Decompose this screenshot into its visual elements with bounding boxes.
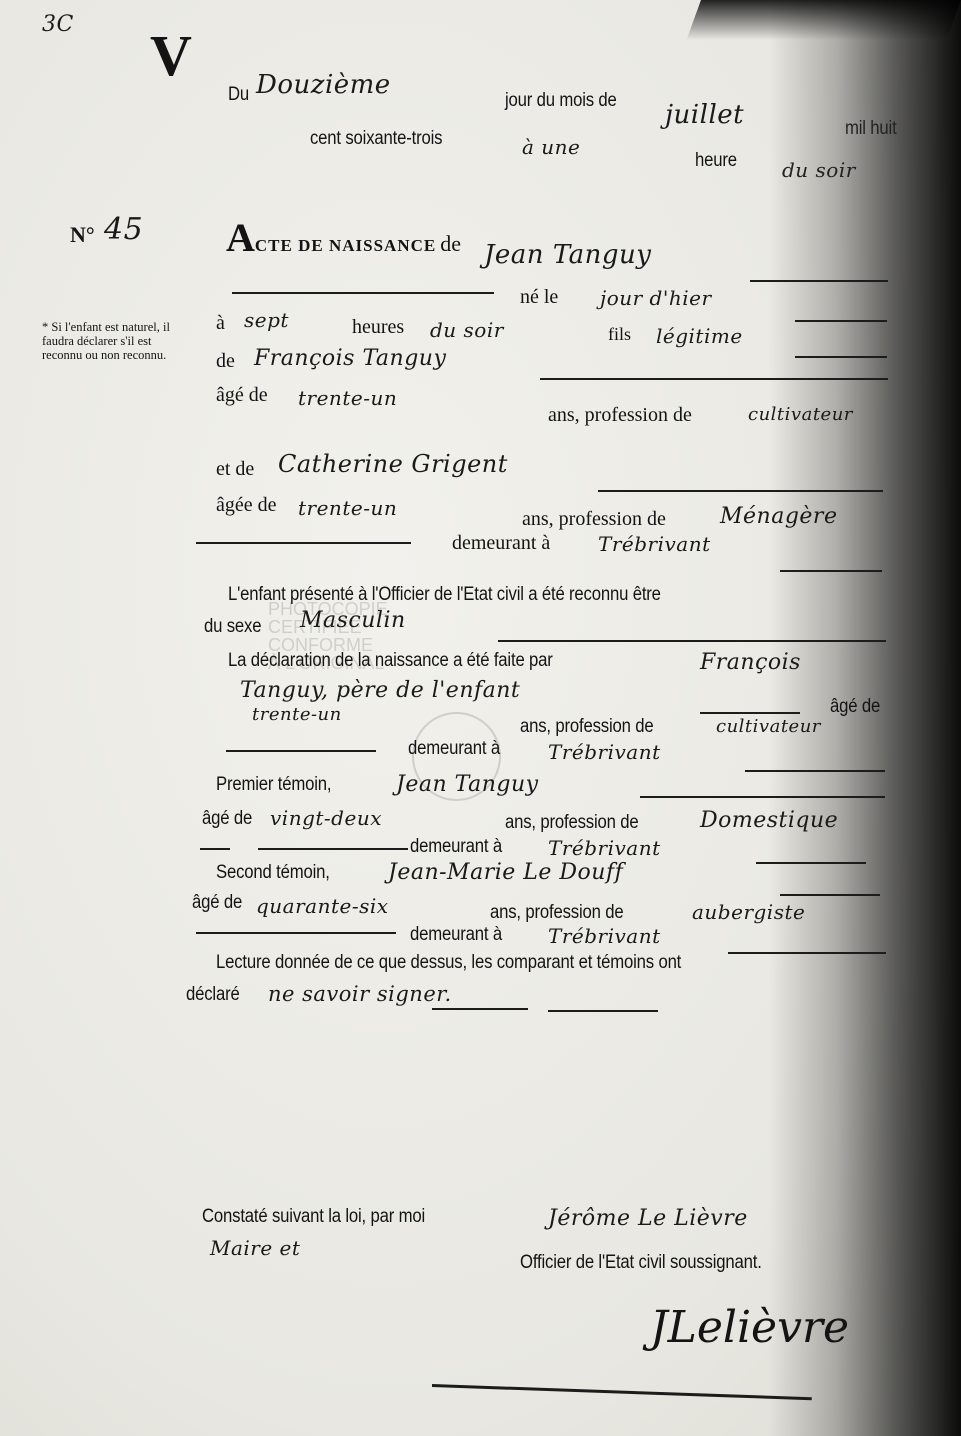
rule: [196, 542, 411, 544]
rule: [795, 356, 887, 358]
witness2-residence-label: demeurant à: [410, 924, 502, 946]
record-number-label: N°: [70, 222, 95, 248]
mother-age-label: âgée de: [216, 494, 277, 517]
witness1-profession: Domestique: [700, 808, 838, 833]
declarant-age-value: trente-un: [252, 704, 342, 725]
father-name: François Tanguy: [254, 346, 446, 371]
act-title-text: CTE DE NAISSANCE: [255, 236, 436, 255]
margin-note: * Si l'enfant est naturel, il faudra déc…: [42, 320, 192, 362]
rule: [432, 1008, 528, 1010]
act-title: ACTE DE NAISSANCE de: [226, 214, 461, 261]
declarant-name-1: François: [700, 650, 801, 675]
witness2-residence: Trébrivant: [548, 924, 661, 948]
closing-officer-line: Officier de l'Etat civil soussignant.: [520, 1252, 762, 1274]
rule: [598, 490, 883, 492]
hour-prefix: à: [216, 312, 225, 335]
rule: [700, 712, 800, 714]
header-heure: heure: [695, 150, 737, 172]
act-title-connector: de: [440, 231, 461, 256]
father-prefix: de: [216, 350, 235, 373]
father-age-label: âgé de: [216, 384, 268, 407]
document-page: 3C V Du Douzième jour du mois de juillet…: [0, 0, 961, 1436]
rule: [498, 640, 886, 642]
mother-age-value: trente-un: [298, 496, 397, 520]
born-value: jour d'hier: [600, 286, 712, 310]
witness1-profession-label: ans, profession de: [505, 812, 638, 834]
sex-value: Masculin: [300, 608, 406, 633]
rule: [200, 848, 230, 850]
rule: [258, 848, 408, 850]
hour-value: sept: [244, 308, 289, 332]
header-day: Douzième: [256, 70, 391, 100]
closing-line: Constaté suivant la loi, par moi: [202, 1206, 425, 1228]
declarant-profession-label: ans, profession de: [520, 716, 653, 738]
witness1-name: Jean Tanguy: [396, 772, 539, 797]
born-label: né le: [520, 286, 558, 309]
rule: [226, 750, 376, 752]
declarant-residence: Trébrivant: [548, 740, 661, 764]
mother-residence: Trébrivant: [598, 532, 711, 556]
witness1-label: Premier témoin,: [216, 774, 331, 796]
hour-time-of-day: du soir: [430, 318, 504, 342]
reading-line: Lecture donnée de ce que dessus, les com…: [216, 952, 681, 974]
witness1-residence-label: demeurant à: [410, 836, 502, 858]
rule: [548, 1010, 658, 1012]
page-edge-shadow: [686, 0, 961, 40]
hours-label: heures: [352, 316, 404, 339]
act-title-initial: A: [226, 215, 255, 260]
rule: [232, 292, 494, 294]
mother-residence-label: demeurant à: [452, 532, 550, 555]
declaration-line: La déclaration de la naissance a été fai…: [228, 650, 553, 672]
declarant-profession: cultivateur: [716, 716, 821, 737]
officer-name: Jérôme Le Lièvre: [548, 1206, 748, 1231]
mother-profession-label: ans, profession de: [522, 508, 666, 531]
filiation-label: fils: [608, 324, 631, 345]
rule: [745, 770, 885, 772]
witness2-profession: aubergiste: [692, 900, 805, 924]
officer-title-handwritten: Maire et: [210, 1236, 300, 1260]
sex-statement-line: L'enfant présenté à l'Officier de l'Etat…: [228, 584, 661, 606]
father-profession-label: ans, profession de: [548, 404, 692, 427]
reading-label: déclaré: [186, 984, 240, 1006]
rule: [640, 796, 885, 798]
declarant-residence-label: demeurant à: [408, 738, 500, 760]
sex-label: du sexe: [204, 616, 261, 638]
filiation-value: légitime: [656, 324, 743, 348]
corner-scribble: 3C: [42, 12, 74, 37]
rule: [756, 862, 866, 864]
header-jour-du-mois: jour du mois de: [505, 90, 617, 112]
header-du: Du: [228, 84, 249, 106]
witness2-age-label: âgé de: [192, 892, 242, 914]
signature-underline: [432, 1384, 812, 1400]
rule: [780, 894, 880, 896]
witness1-age-label: âgé de: [202, 808, 252, 830]
witness2-profession-label: ans, profession de: [490, 902, 623, 924]
check-mark: V: [150, 22, 192, 89]
witness1-residence: Trébrivant: [548, 836, 661, 860]
witness2-name: Jean-Marie Le Douff: [388, 860, 623, 885]
reading-value: ne savoir signer.: [268, 982, 452, 1006]
rule: [750, 280, 888, 282]
witness1-age-value: vingt-deux: [270, 806, 382, 830]
record-number-value: 45: [104, 212, 143, 247]
rule: [540, 378, 888, 380]
mother-name: Catherine Grigent: [278, 450, 508, 478]
header-month: juillet: [665, 100, 744, 130]
header-mil-huit: mil huit: [845, 118, 897, 140]
child-name: Jean Tanguy: [484, 240, 651, 270]
witness2-age-value: quarante-six: [256, 894, 389, 918]
header-year-text: cent soixante-trois: [310, 128, 442, 150]
mother-prefix: et de: [216, 458, 254, 481]
witness2-label: Second témoin,: [216, 862, 330, 884]
declarant-name-2: Tanguy, père de l'enfant: [240, 678, 520, 703]
mayor-signature: JLelièvre: [650, 1302, 849, 1353]
header-time-of-day: du soir: [782, 158, 856, 182]
declarant-age-label: âgé de: [830, 696, 880, 718]
rule: [795, 320, 887, 322]
rule: [728, 952, 886, 954]
mother-profession: Ménagère: [720, 504, 837, 529]
rule: [196, 932, 396, 934]
father-age-value: trente-un: [298, 386, 397, 410]
rule: [780, 570, 882, 572]
header-at-hour: à une: [522, 135, 580, 159]
father-profession: cultivateur: [748, 404, 853, 425]
